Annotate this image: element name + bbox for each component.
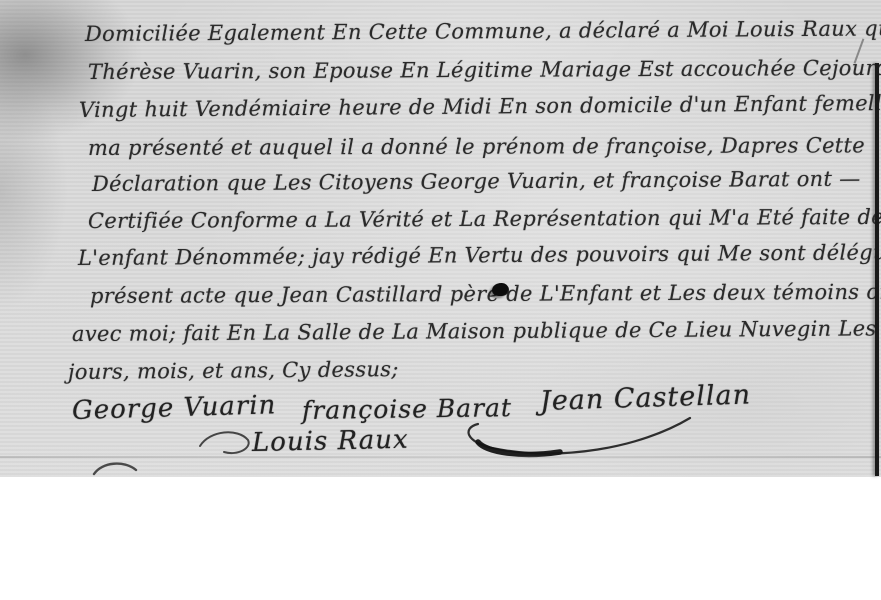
scanned-paper-sheet: Domiciliée Egalement En Cette Commune, a… [0, 0, 881, 477]
scan-edge-line [875, 63, 879, 476]
paper-crease-line [0, 456, 881, 458]
signature-paraph-flourish [0, 0, 881, 477]
